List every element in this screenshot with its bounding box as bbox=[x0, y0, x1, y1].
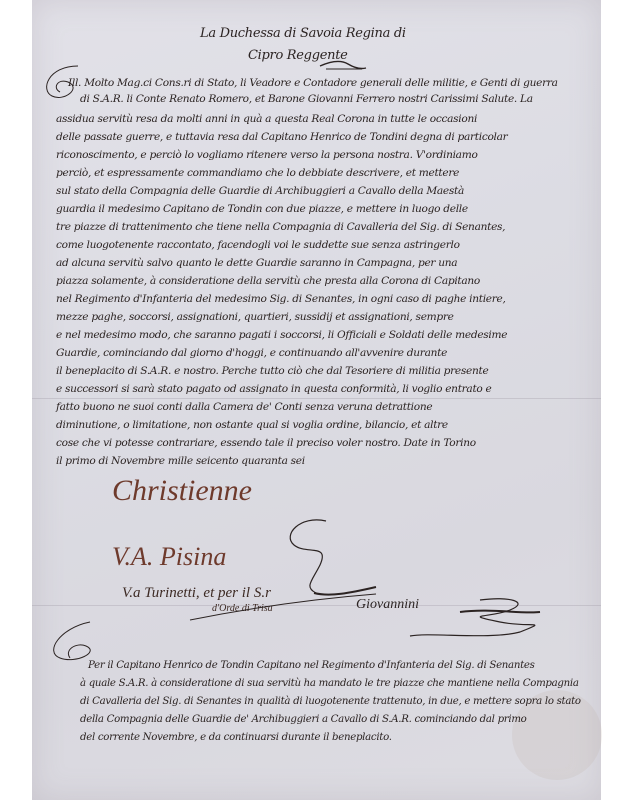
body-line: Ill. Molto Mag.ci Cons.ri di Stato, li V… bbox=[68, 77, 558, 89]
body-line: diminutione, o limitatione, non ostante … bbox=[56, 419, 448, 431]
note-line: di Cavalleria del Sig. di Senantes in qu… bbox=[80, 696, 581, 707]
body-line: e successori si sarà stato pagato od ass… bbox=[56, 383, 492, 395]
body-line: tre piazze di trattenimento che tiene ne… bbox=[56, 221, 505, 233]
body-line: il primo di Novembre mille seicento quar… bbox=[56, 455, 305, 467]
body-line: come luogotenente raccontato, facendogli… bbox=[56, 239, 460, 251]
body-line: sul stato della Compagnia delle Guardie … bbox=[56, 185, 464, 197]
note-line: del corrente Novembre, e da continuarsi … bbox=[80, 732, 392, 743]
signature-secretary: V.A. Pisina bbox=[112, 542, 226, 572]
body-line: assidua servitù resa da molti anni in qu… bbox=[56, 113, 477, 125]
heading-flourish bbox=[318, 56, 368, 72]
body-line: di S.A.R. li Conte Renato Romero, et Bar… bbox=[80, 93, 533, 105]
body-line: riconoscimento, e perciò lo vogliamo rit… bbox=[56, 149, 478, 161]
signature-principal: Christienne bbox=[112, 474, 252, 508]
body-line: mezze paghe, soccorsi, assignationi, qua… bbox=[56, 311, 454, 323]
registrar-flourish bbox=[400, 592, 560, 642]
body-line: fatto buono ne suoi conti dalla Camera d… bbox=[56, 401, 432, 413]
body-line: cose che vi potesse contrariare, essendo… bbox=[56, 437, 476, 449]
note-line: à quale S.A.R. à consideratione di sua s… bbox=[80, 678, 579, 689]
body-line: ad alcuna servitù salvo quanto le dette … bbox=[56, 257, 457, 269]
body-line: perciò, et espressamente commandiamo che… bbox=[56, 167, 459, 179]
body-line: e nel medesimo modo, che saranno pagati … bbox=[56, 329, 507, 341]
note-line: della Compagnia delle Guardie de' Archib… bbox=[80, 714, 527, 725]
body-line: il beneplacito di S.A.R. e nostro. Perch… bbox=[56, 365, 488, 377]
body-line: piazza solamente, à consideratione della… bbox=[56, 275, 480, 287]
body-line: delle passate guerre, e tuttavia resa da… bbox=[56, 131, 507, 143]
note-line: Per il Capitano Henrico de Tondin Capita… bbox=[88, 660, 535, 671]
document-heading-line-1: La Duchessa di Savoia Regina di bbox=[200, 26, 406, 41]
underline-flourish bbox=[180, 590, 380, 630]
body-line: nel Regimento d'Infanteria del medesimo … bbox=[56, 293, 506, 305]
body-line: Guardie, cominciando dal giorno d'hoggi,… bbox=[56, 347, 447, 359]
fold-crease bbox=[32, 398, 601, 399]
body-line: guardia il medesimo Capitano de Tondin c… bbox=[56, 203, 468, 215]
